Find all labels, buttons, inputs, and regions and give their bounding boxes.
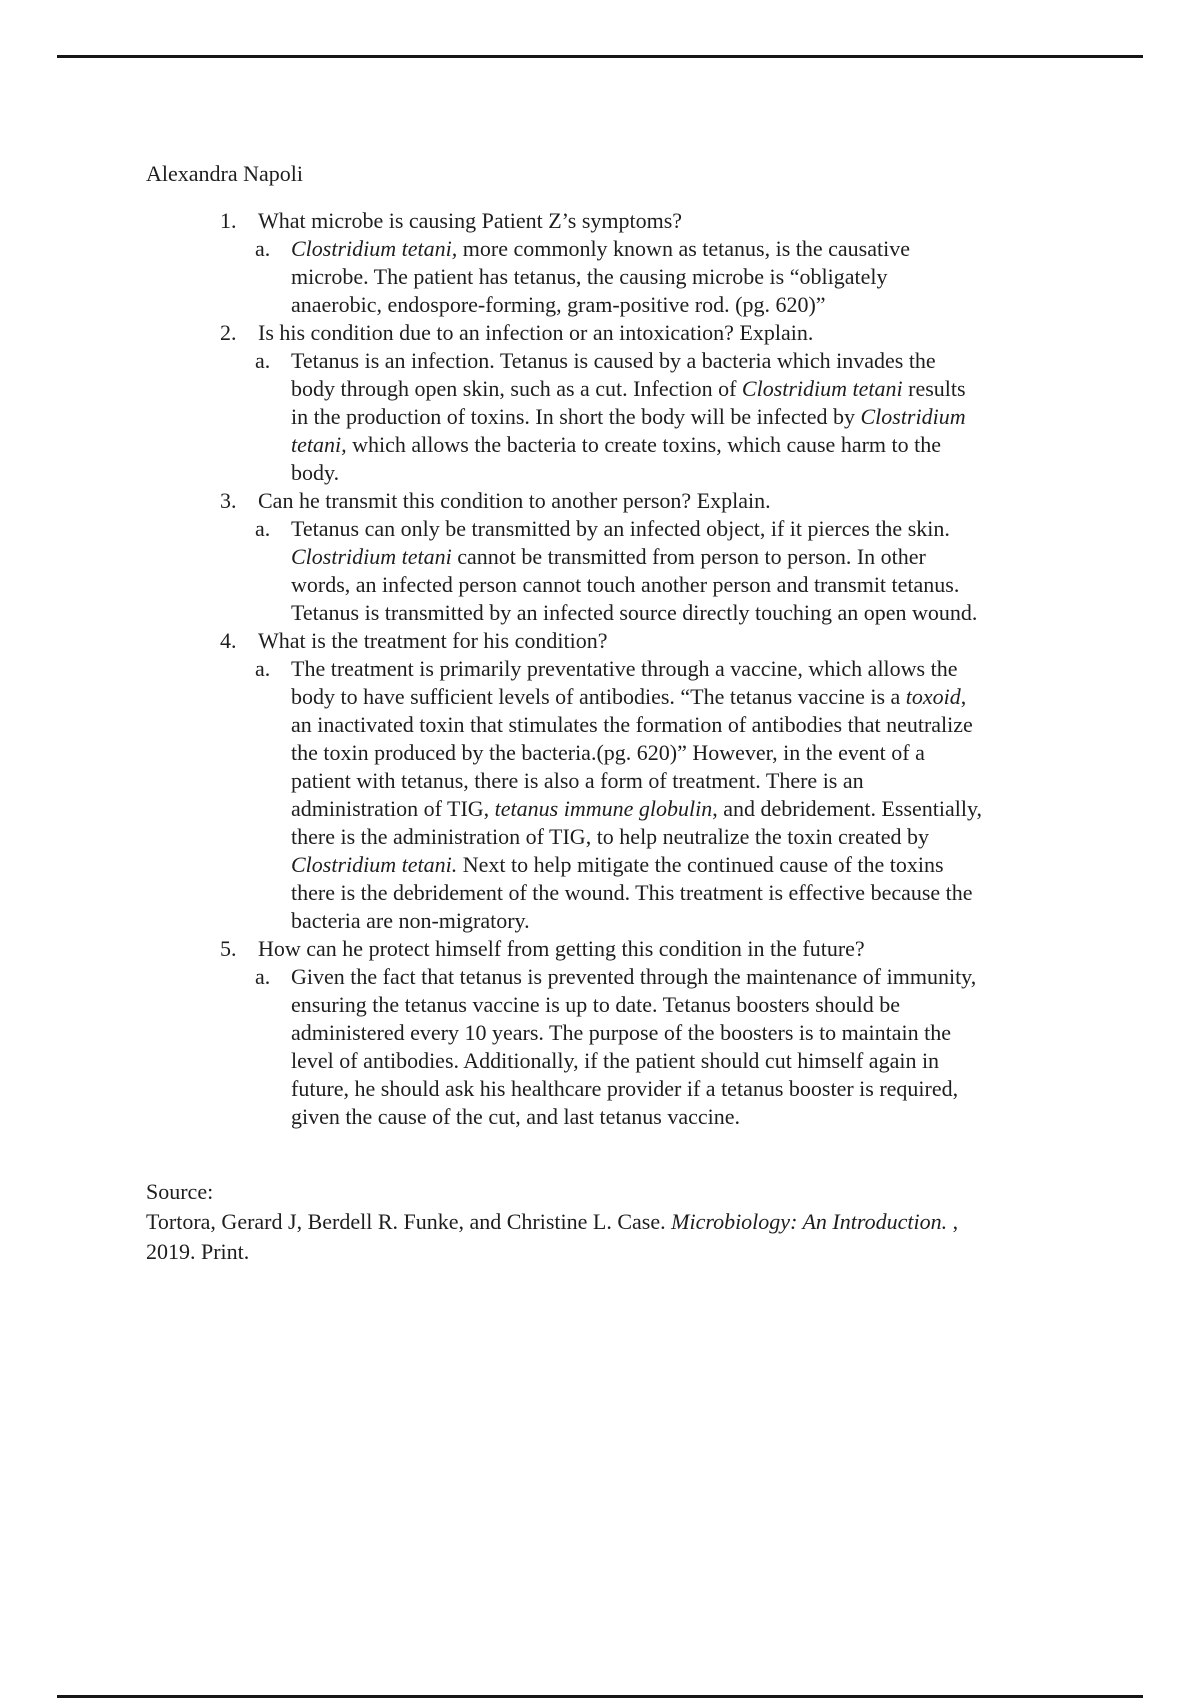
- source-label: Source:: [146, 1177, 1006, 1207]
- answer-row: a.Tetanus can only be transmitted by an …: [0, 515, 1150, 627]
- question-text: Can he transmit this condition to anothe…: [258, 487, 1018, 515]
- qa-list: 1.What microbe is causing Patient Z’s sy…: [0, 207, 1150, 1131]
- italic-run: tetanus immune globulin: [495, 796, 713, 821]
- question-number: 5.: [220, 935, 258, 963]
- question-item: 2.Is his condition due to an infection o…: [0, 319, 1150, 487]
- answer-letter: a.: [255, 515, 291, 543]
- answer-text: The treatment is primarily preventative …: [291, 655, 983, 935]
- text-run: The treatment is primarily preventative …: [291, 656, 958, 709]
- question-item: 5.How can he protect himself from gettin…: [0, 935, 1150, 1131]
- question-row: 2.Is his condition due to an infection o…: [0, 319, 1150, 347]
- answer-text: Clostridium tetani, more commonly known …: [291, 235, 983, 319]
- answer-letter: a.: [255, 235, 291, 263]
- answer-row: a.The treatment is primarily preventativ…: [0, 655, 1150, 935]
- author-name: Alexandra Napoli: [146, 160, 303, 188]
- document-page: Alexandra Napoli 1.What microbe is causi…: [0, 0, 1200, 1700]
- text-run: Given the fact that tetanus is prevented…: [291, 964, 976, 1129]
- answer-letter: a.: [255, 963, 291, 991]
- question-text: Is his condition due to an infection or …: [258, 319, 1018, 347]
- answer-row: a.Given the fact that tetanus is prevent…: [0, 963, 1150, 1131]
- answer-row: a.Clostridium tetani, more commonly know…: [0, 235, 1150, 319]
- question-text: How can he protect himself from getting …: [258, 935, 1018, 963]
- question-number: 4.: [220, 627, 258, 655]
- text-run: Tetanus can only be transmitted by an in…: [291, 516, 950, 541]
- answer-row: a.Tetanus is an infection. Tetanus is ca…: [0, 347, 1150, 487]
- question-item: 4.What is the treatment for his conditio…: [0, 627, 1150, 935]
- question-number: 3.: [220, 487, 258, 515]
- question-item: 1.What microbe is causing Patient Z’s sy…: [0, 207, 1150, 319]
- question-text: What microbe is causing Patient Z’s symp…: [258, 207, 1018, 235]
- answer-letter: a.: [255, 655, 291, 683]
- source-citation: Tortora, Gerard J, Berdell R. Funke, and…: [146, 1207, 1006, 1267]
- answer-text: Tetanus can only be transmitted by an in…: [291, 515, 983, 627]
- italic-run: toxoid: [906, 684, 961, 709]
- question-item: 3.Can he transmit this condition to anot…: [0, 487, 1150, 627]
- text-run: Tortora, Gerard J, Berdell R. Funke, and…: [146, 1209, 671, 1234]
- answer-text: Given the fact that tetanus is prevented…: [291, 963, 983, 1131]
- question-number: 1.: [220, 207, 258, 235]
- italic-run: Clostridium tetani: [291, 544, 452, 569]
- question-row: 4.What is the treatment for his conditio…: [0, 627, 1150, 655]
- bottom-rule: [57, 1695, 1143, 1698]
- source-block: Source: Tortora, Gerard J, Berdell R. Fu…: [146, 1177, 1006, 1267]
- italic-run: Clostridium tetani: [742, 376, 903, 401]
- question-row: 5.How can he protect himself from gettin…: [0, 935, 1150, 963]
- italic-run: Clostridium tetani,: [291, 236, 457, 261]
- text-run: which allows the bacteria to create toxi…: [291, 432, 941, 485]
- question-row: 1.What microbe is causing Patient Z’s sy…: [0, 207, 1150, 235]
- answer-letter: a.: [255, 347, 291, 375]
- question-number: 2.: [220, 319, 258, 347]
- top-rule: [57, 55, 1143, 58]
- question-text: What is the treatment for his condition?: [258, 627, 1018, 655]
- question-row: 3.Can he transmit this condition to anot…: [0, 487, 1150, 515]
- italic-run: Clostridium tetani.: [291, 852, 457, 877]
- answer-text: Tetanus is an infection. Tetanus is caus…: [291, 347, 983, 487]
- italic-run: Microbiology: An Introduction.: [671, 1209, 947, 1234]
